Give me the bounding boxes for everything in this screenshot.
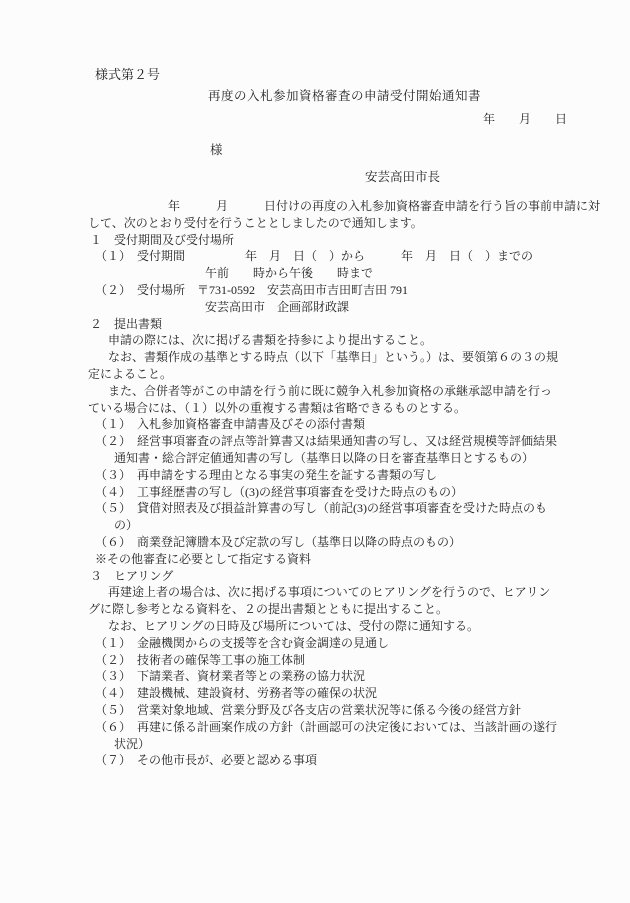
document-line: （１） 金融機関からの支援等を含む資金調達の見通し [95,635,608,652]
addressee-suffix: 様 [210,140,223,158]
document-line: ※その他審査に必要として指定する資料 [95,551,608,568]
document-line: （３） 下請業者、資材業者等との業務の協力状況 [95,668,608,685]
document-line: （５） 営業対象地域、営業分野及び各支店の営業状況等に係る今後の経営方針 [95,702,608,719]
document-line: 通知書・総合評定値通知書の写し（基準日以降の日を審査基準日とするもの） [114,450,608,467]
document-line: ３ ヒアリング [90,568,608,585]
form-number: 様式第２号 [95,64,160,83]
document-line: 安芸高田市 企画部財政課 [205,299,608,316]
document-line: （２） 経営事項審査の評点等計算書又は結果通知書の写し、又は経営規模等評価結果 [95,433,608,450]
document-line: 状況） [114,736,608,753]
document-line: 定によること。 [88,366,608,383]
document-line: 申請の際には、次に掲げる書類を持参により提出すること。 [108,332,608,349]
document-line: （１） 受付期間 年 月 日（ ）から 年 月 日（ ）までの [95,248,608,265]
document-line: なお、ヒアリングの日時及び場所については、受付の際に通知する。 [108,618,608,635]
document-line: して、次のとおり受付を行うこととしましたので通知します。 [88,215,608,232]
document-line: （４） 建設機械、建設資材、労務者等の確保の状況 [95,685,608,702]
document-line: 午前 時から午後 時まで [205,265,608,282]
document-line: また、合併者等がこの申請を行う前に既に競争入札参加資格の承継承認申請を行っ [108,383,608,400]
date-blank: 年 月 日 [483,110,567,127]
document-line: ２ 提出書類 [90,316,608,333]
document-line: （５） 貸借対照表及び損益計算書の写し（前記(3)の経営事項審査を受けた時点のも [95,500,608,517]
document-page: 様式第２号 再度の入札参加資格審査の申請受付開始通知書 年 月 日 様 安芸高田… [0,0,630,903]
document-line: （３） 再申請をする理由となる事実の発生を証する書類の写し [95,467,608,484]
sender-name: 安芸高田市長 [365,167,440,185]
document-line: ている場合には、（１）以外の重複する書類は省略できるものとする。 [88,400,608,417]
document-line: （６） 再建に係る計画案作成の方針（計画認可の決定後においては、当該計画の遂行 [95,719,608,736]
document-line: （２） 技術者の確保等工事の施工体制 [95,652,608,669]
document-line: （７） その他市長が、必要と認める事項 [95,752,608,769]
document-title: 再度の入札参加資格審査の申請受付開始通知書 [208,86,481,104]
document-body: 年 月 日付けの再度の入札参加資格審査申請を行う旨の事前申請に対して、次のとおり… [88,198,608,769]
document-line: グに際し参考となる資料を、２の提出書類とともに提出すること。 [88,601,608,618]
document-line: 再建途上者の場合は、次に掲げる事項についてのヒアリングを行うので、ヒアリン [108,584,608,601]
document-line: なお、書類作成の基準とする時点（以下「基準日」という。）は、要領第６の３の規 [108,349,608,366]
document-line: の） [114,517,608,534]
document-line: （６） 商業登記簿謄本及び定款の写し（基準日以降の時点のもの） [95,534,608,551]
document-line: １ 受付期間及び受付場所 [90,232,608,249]
document-line: （１） 入札参加資格審査申請書及びその添付書類 [95,416,608,433]
document-line: （４） 工事経歴書の写し（(3)の経営事項審査を受けた時点のもの） [95,484,608,501]
document-line: 年 月 日付けの再度の入札参加資格審査申請を行う旨の事前申請に対 [168,198,608,215]
document-line: （２） 受付場所 〒731-0592 安芸高田市吉田町吉田 791 [95,282,608,299]
